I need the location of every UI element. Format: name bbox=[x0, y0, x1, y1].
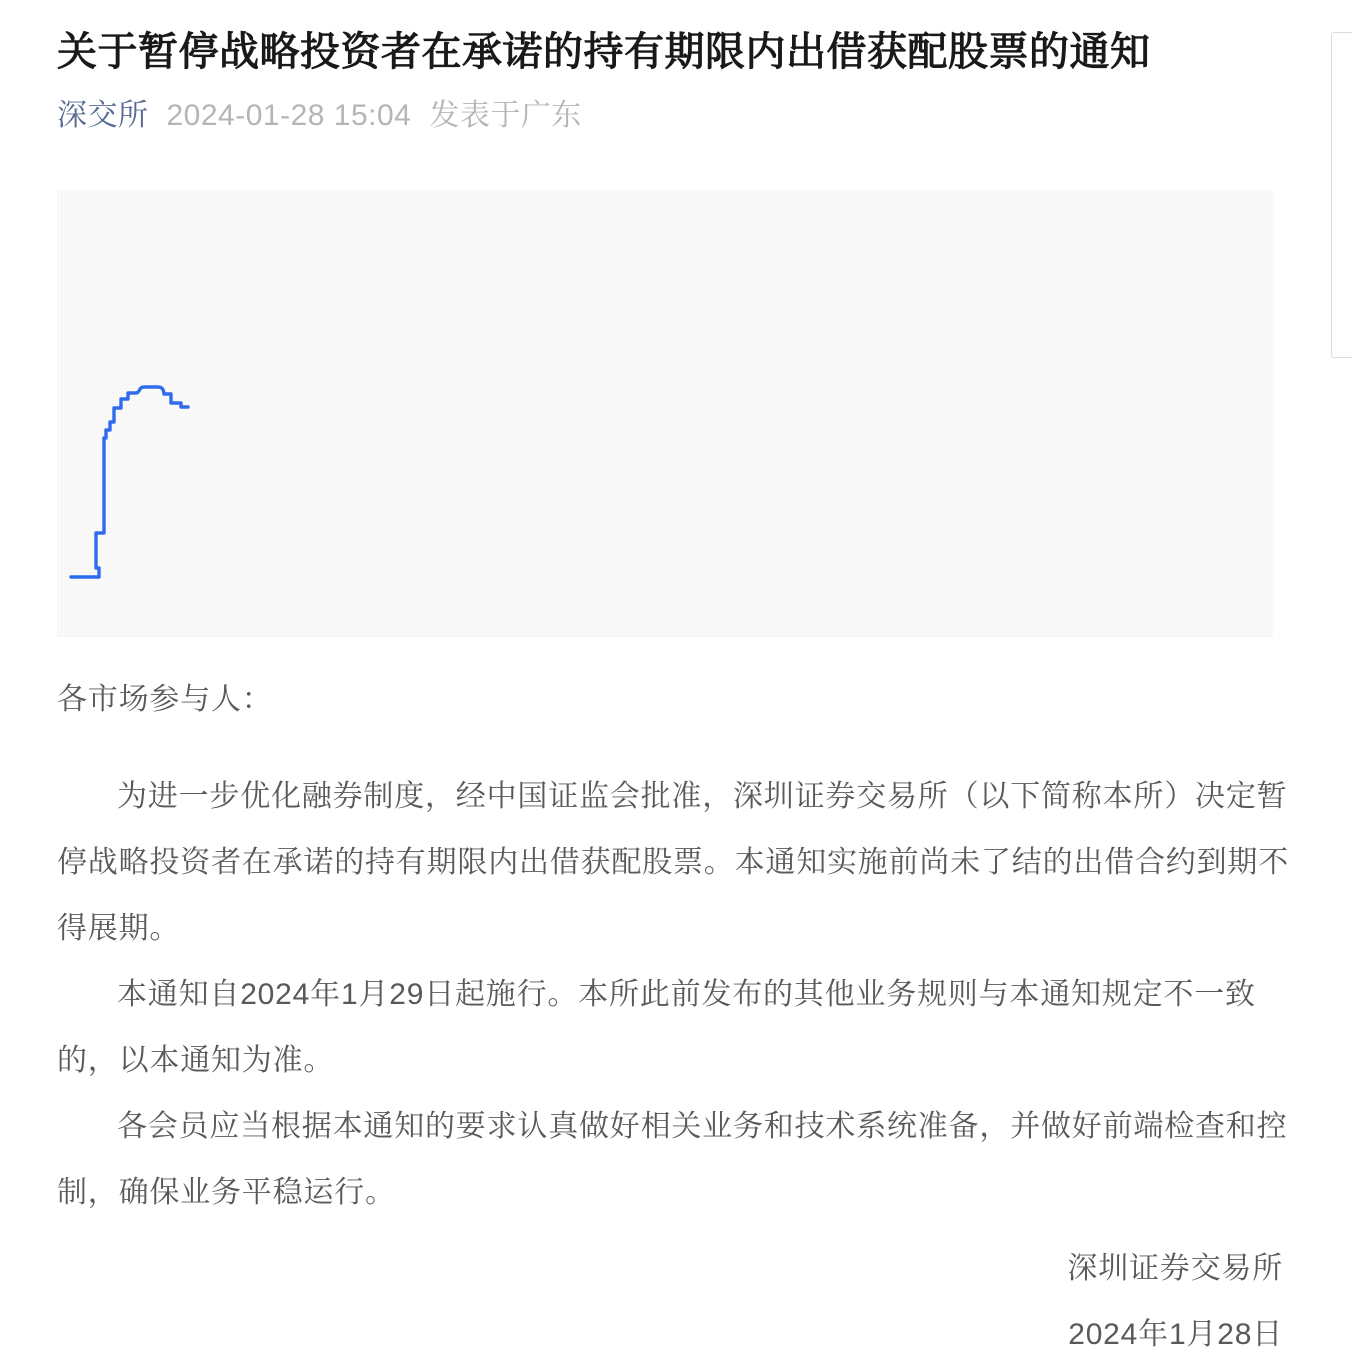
page-title: 关于暂停战略投资者在承诺的持有期限内出借获配股票的通知 bbox=[57, 24, 1295, 80]
scrollbar-thumb[interactable] bbox=[1331, 32, 1352, 358]
figure-blue-outline bbox=[71, 387, 188, 577]
paragraph: 为进一步优化融券制度，经中国证监会批准，深圳证券交易所（以下简称本所）决定暂停战… bbox=[57, 764, 1295, 962]
article-figure[interactable] bbox=[57, 190, 1273, 637]
publish-location: 发表于广东 bbox=[429, 94, 582, 138]
publish-datetime: 2024-01-28 15:04 bbox=[167, 94, 412, 138]
salutation-text: 各市场参与人： bbox=[57, 667, 1295, 733]
author-link[interactable]: 深交所 bbox=[57, 94, 149, 138]
paragraph: 本通知自2024年1月29日起施行。本所此前发布的其他业务规则与本通知规定不一致… bbox=[57, 962, 1295, 1094]
figure-line-drawing-icon bbox=[57, 190, 1273, 637]
signature-name: 深圳证券交易所 bbox=[57, 1236, 1283, 1302]
signature-block: 深圳证券交易所 2024年1月28日 bbox=[57, 1236, 1295, 1362]
paragraph: 各会员应当根据本通知的要求认真做好相关业务和技术系统准备，并做好前端检查和控制，… bbox=[57, 1094, 1295, 1226]
article-body: 各市场参与人： 为进一步优化融券制度，经中国证监会批准，深圳证券交易所（以下简称… bbox=[57, 667, 1295, 1362]
article-page: 关于暂停战略投资者在承诺的持有期限内出借获配股票的通知 深交所 2024-01-… bbox=[0, 0, 1352, 1362]
byline: 深交所 2024-01-28 15:04 发表于广东 bbox=[57, 94, 1295, 138]
signature-date: 2024年1月28日 bbox=[57, 1302, 1283, 1362]
